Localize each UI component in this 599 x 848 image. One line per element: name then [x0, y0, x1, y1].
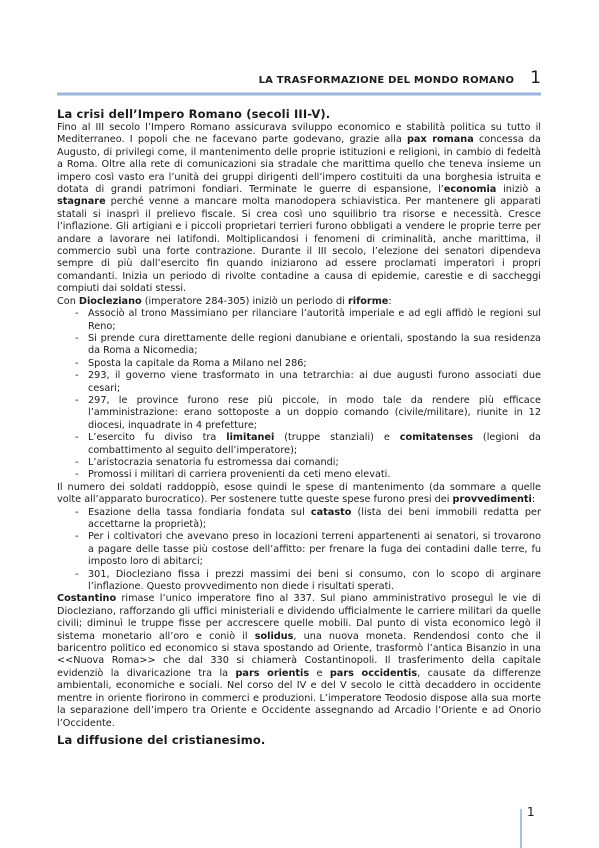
text-run: Per i coltivatori che avevano preso in l… [88, 531, 541, 567]
text-run: Si prende cura direttamente delle region… [88, 333, 541, 356]
list-item-text: 301, Diocleziano fissa i prezzi massimi … [88, 569, 541, 594]
bullet-marker: - [75, 457, 88, 469]
bold-text: provvedimenti [453, 494, 532, 505]
text-run: (truppe stanziali) e [274, 432, 400, 443]
text-run: Associò al trono Massimiano per rilancia… [88, 308, 541, 331]
text-run: : [388, 296, 391, 307]
list-item: -Esazione della tassa fondiaria fondata … [57, 507, 541, 532]
list-item-text: Associò al trono Massimiano per rilancia… [88, 308, 541, 333]
list-item: -297, le province furono rese più piccol… [57, 395, 541, 432]
section-heading: La crisi dell’Impero Romano (secoli III-… [57, 106, 541, 122]
document-content: La crisi dell’Impero Romano (secoli III-… [57, 106, 541, 748]
text-run: 301, Diocleziano fissa i prezzi massimi … [88, 569, 541, 592]
footer-accent-bar [520, 809, 522, 848]
list-item-text: Sposta la capitale da Roma a Milano nel … [88, 358, 541, 370]
text-run: iniziò a [496, 184, 541, 195]
bold-text: Costantino [57, 593, 116, 604]
bold-text: pax romana [407, 134, 474, 145]
bullet-marker: - [75, 432, 88, 457]
bullet-marker: - [75, 569, 88, 594]
bold-text: pars orientis [235, 668, 309, 679]
list-item: -Promossi i militari di carriera proveni… [57, 469, 541, 481]
list-item-text: Promossi i militari di carriera provenie… [88, 469, 541, 481]
document-page: LA TRASFORMAZIONE DEL MONDO ROMANO 1 La … [0, 0, 599, 848]
header-page-number: 1 [530, 70, 541, 87]
list-item: -293, il governo viene trasformato in un… [57, 370, 541, 395]
text-run: 293, il governo viene trasformato in una… [88, 370, 541, 393]
list-item-text: L’esercito fu diviso tra limitanei (trup… [88, 432, 541, 457]
bullet-marker: - [75, 531, 88, 568]
page-header: LA TRASFORMAZIONE DEL MONDO ROMANO 1 [57, 70, 541, 96]
list-item-text: 297, le province furono rese più piccole… [88, 395, 541, 432]
text-run: Esazione della tassa fondiaria fondata s… [88, 507, 311, 518]
bullet-marker: - [75, 370, 88, 395]
footer-page-number: 1 [527, 805, 535, 819]
bold-text: riforme [348, 296, 388, 307]
bold-text: pars occidentis [330, 668, 417, 679]
bold-text: limitanei [226, 432, 274, 443]
list: -Esazione della tassa fondiaria fondata … [57, 507, 541, 594]
list-item: -Per i coltivatori che avevano preso in … [57, 531, 541, 568]
bold-text: catasto [311, 507, 352, 518]
text-run: 297, le province furono rese più piccole… [88, 395, 541, 431]
bold-text: Diocleziano [79, 296, 142, 307]
list-item-text: 293, il governo viene trasformato in una… [88, 370, 541, 395]
paragraph: Fino al III secolo l’Impero Romano assic… [57, 122, 541, 296]
bullet-marker: - [75, 308, 88, 333]
list-item: -Si prende cura direttamente delle regio… [57, 333, 541, 358]
list-item-text: Si prende cura direttamente delle region… [88, 333, 541, 358]
text-run: Con [57, 296, 79, 307]
bold-text: economia [444, 184, 496, 195]
text-run: perché venne a mancare molta manodopera … [57, 196, 541, 294]
list: -Associò al trono Massimiano per rilanci… [57, 308, 541, 482]
list-item: -L’aristocrazia senatoria fu estromessa … [57, 457, 541, 469]
text-run: Promossi i militari di carriera provenie… [88, 469, 390, 480]
bullet-marker: - [75, 507, 88, 532]
list-item: -Associò al trono Massimiano per rilanci… [57, 308, 541, 333]
text-run: e [309, 668, 330, 679]
paragraph: Il numero dei soldati raddoppiò, esose q… [57, 482, 541, 507]
paragraph: Costantino rimase l’unico imperatore fin… [57, 593, 541, 729]
bold-text: comitatenses [400, 432, 473, 443]
text-run: (imperatore 284-305) iniziò un periodo d… [142, 296, 348, 307]
bold-text: solidus [255, 631, 294, 642]
list-item: -Sposta la capitale da Roma a Milano nel… [57, 358, 541, 370]
list-item-text: L’aristocrazia senatoria fu estromessa d… [88, 457, 541, 469]
text-run: L’aristocrazia senatoria fu estromessa d… [88, 457, 339, 468]
text-run: L’esercito fu diviso tra [88, 432, 226, 443]
bullet-marker: - [75, 333, 88, 358]
bullet-marker: - [75, 469, 88, 481]
list-item: -L’esercito fu diviso tra limitanei (tru… [57, 432, 541, 457]
bold-text: stagnare [57, 196, 106, 207]
paragraph: Con Diocleziano (imperatore 284-305) ini… [57, 296, 541, 308]
list-item-text: Per i coltivatori che avevano preso in l… [88, 531, 541, 568]
text-run: Sposta la capitale da Roma a Milano nel … [88, 358, 307, 369]
text-run: : [532, 494, 535, 505]
bullet-marker: - [75, 395, 88, 432]
header-row: LA TRASFORMAZIONE DEL MONDO ROMANO 1 [57, 70, 541, 87]
bullet-marker: - [75, 358, 88, 370]
header-title: LA TRASFORMAZIONE DEL MONDO ROMANO [259, 75, 515, 86]
list-item: -301, Diocleziano fissa i prezzi massimi… [57, 569, 541, 594]
list-item-text: Esazione della tassa fondiaria fondata s… [88, 507, 541, 532]
section-heading: La diffusione del cristianesimo. [57, 732, 541, 748]
header-rule [57, 92, 541, 96]
